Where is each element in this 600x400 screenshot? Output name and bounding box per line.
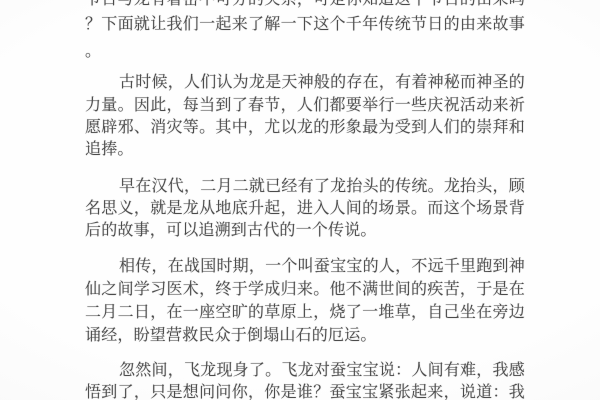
- text-line: 仙之间学习医术，终于学成归来。他不满世间的疾苦，于是在: [85, 281, 525, 297]
- text-line: 二月二日，在一座空旷的草原上，烧了一堆草，自己坐在旁边: [85, 304, 525, 320]
- text-line: 早在汉代，二月二就已经有了龙抬头的传统。龙抬头，顾: [119, 178, 525, 194]
- text-line: 节日与龙有着密不可分的关系，可是你知道这个节日的由来吗: [85, 0, 525, 7]
- text-line: 相传，在战国时期，一个叫蚕宝宝的人，不远千里跑到神: [119, 258, 525, 274]
- text-line: 诵经，盼望营救民众于倒塌山石的厄运。: [85, 327, 377, 343]
- text-line: 愿辟邪、消灾等。其中，尤以龙的形象最为受到人们的崇拜和: [85, 119, 525, 135]
- text-line: 忽然间，飞龙现身了。飞龙对蚕宝宝说：人间有难，我感: [119, 362, 525, 378]
- text-line: 名思义，就是龙从地底升起，进入人间的场景。而这个场景背: [85, 200, 525, 216]
- text-line: ？下面就让我们一起来了解一下这个千年传统节日的由来故事: [85, 16, 525, 32]
- text-line: 。: [85, 43, 101, 59]
- text-line: 后的故事，可以追溯到古代的一个传说。: [85, 222, 377, 238]
- text-line: 力量。因此，每当到了春节，人们都要举行一些庆祝活动来祈: [85, 97, 525, 113]
- text-line: 悟到了，只是想问问你，你是谁？蚕宝宝紧张起来，说道：我: [85, 384, 525, 400]
- text-line: 古时候，人们认为龙是天神般的存在，有着神秘而神圣的: [119, 74, 525, 90]
- document-page: 节日与龙有着密不可分的关系，可是你知道这个节日的由来吗 ？下面就让我们一起来了解…: [0, 0, 600, 400]
- text-line: 追捧。: [85, 141, 134, 157]
